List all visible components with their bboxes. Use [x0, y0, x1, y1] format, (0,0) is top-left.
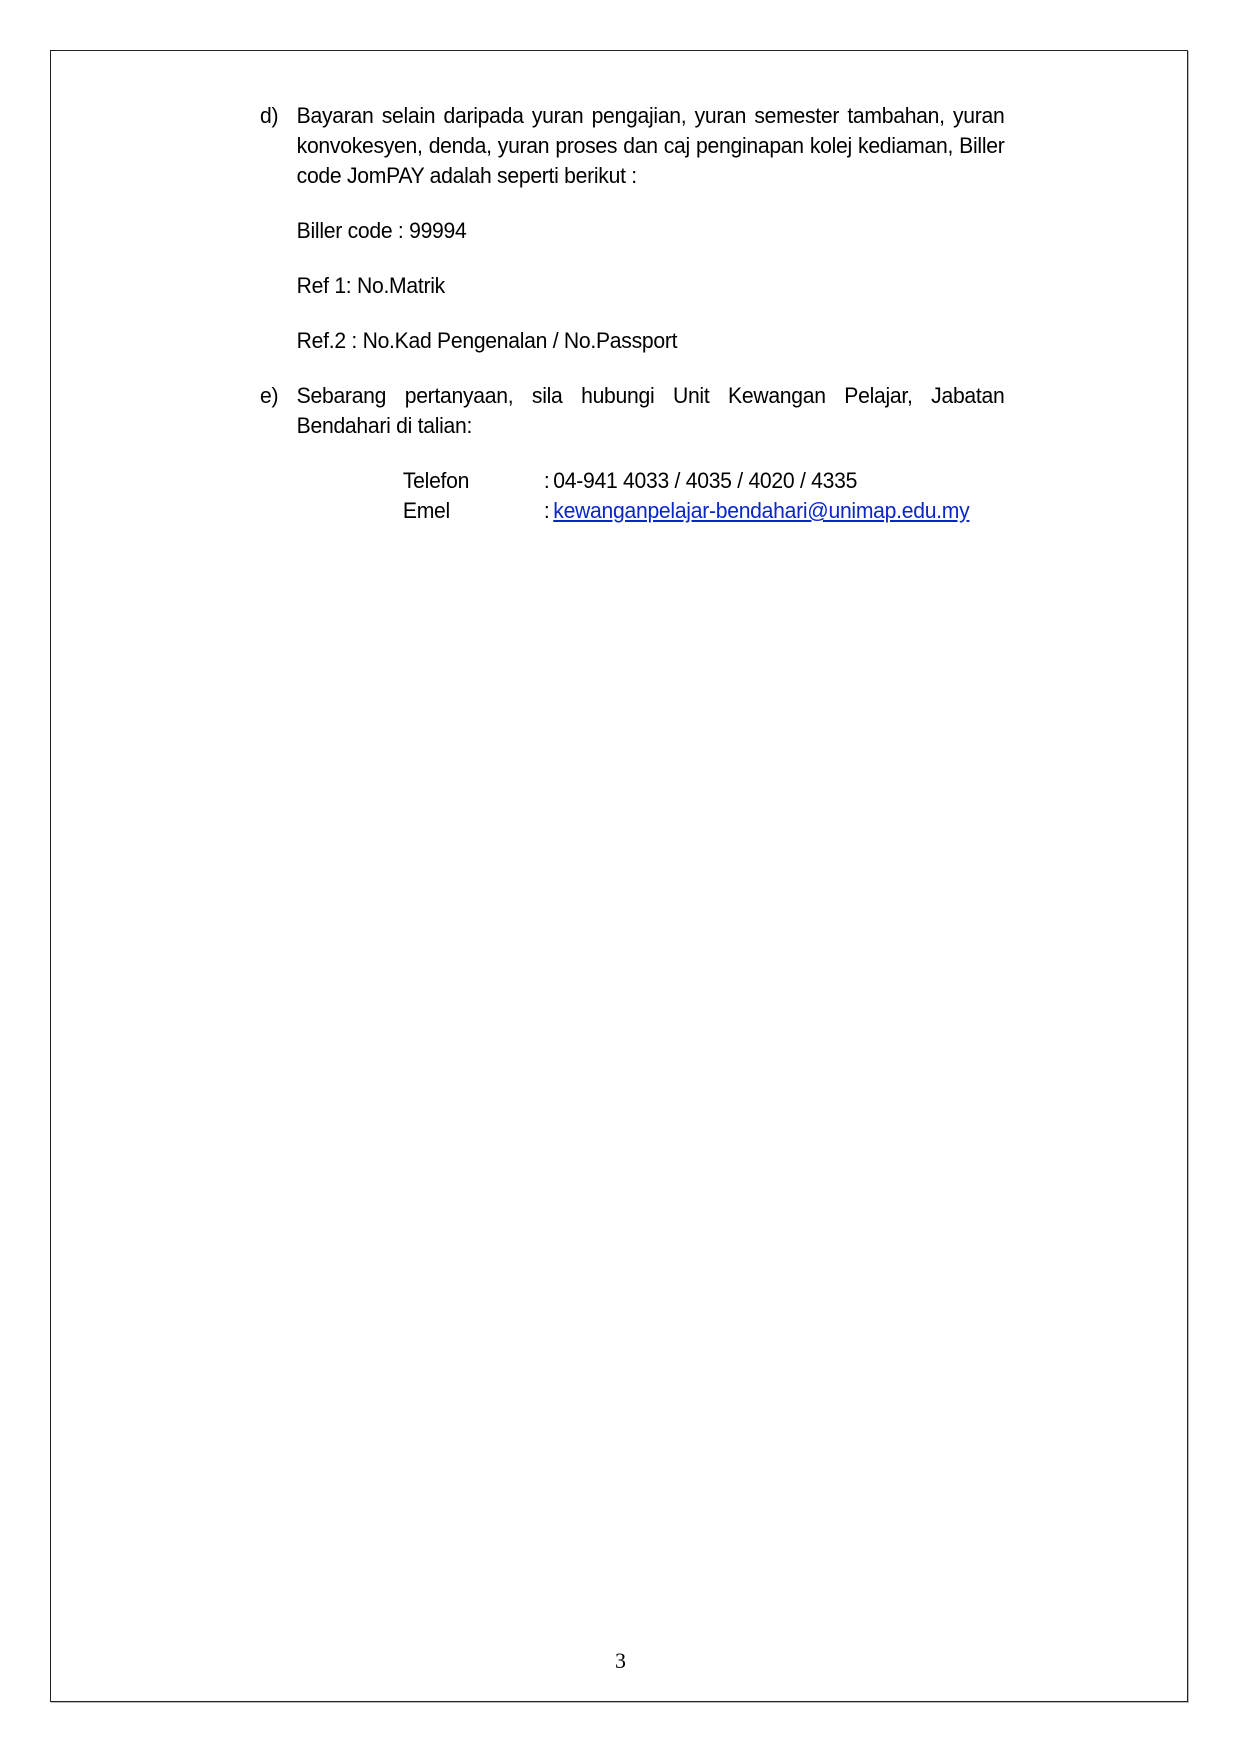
ref2-line: Ref.2 : No.Kad Pengenalan / No.Passport: [260, 326, 1004, 356]
list-item-d: d) Bayaran selain daripada yuran pengaji…: [260, 101, 1004, 191]
list-label-d: d): [260, 101, 278, 131]
phone-label: Telefon: [403, 466, 544, 496]
phone-separator: :: [544, 466, 553, 496]
list-item-e: e) Sebarang pertanyaan, sila hubungi Uni…: [260, 381, 1004, 441]
contact-row-email: Emel : kewanganpelajar-bendahari@unimap.…: [403, 496, 1005, 526]
inquiry-paragraph: Sebarang pertanyaan, sila hubungi Unit K…: [297, 381, 1005, 441]
email-link[interactable]: kewanganpelajar-bendahari@unimap.edu.my: [553, 496, 969, 526]
document-body: d) Bayaran selain daripada yuran pengaji…: [260, 101, 1004, 526]
contact-row-phone: Telefon : 04-941 4033 / 4035 / 4020 / 43…: [403, 466, 1005, 496]
biller-code-line: Biller code : 99994: [260, 216, 1004, 246]
list-label-e: e): [260, 381, 278, 411]
contact-table: Telefon : 04-941 4033 / 4035 / 4020 / 43…: [403, 466, 1005, 526]
email-separator: :: [544, 496, 553, 526]
page-number: 3: [0, 1648, 1241, 1674]
payment-info-paragraph: Bayaran selain daripada yuran pengajian,…: [297, 101, 1005, 191]
email-label: Emel: [403, 496, 544, 526]
ref1-line: Ref 1: No.Matrik: [260, 271, 1004, 301]
phone-value: 04-941 4033 / 4035 / 4020 / 4335: [553, 466, 857, 496]
